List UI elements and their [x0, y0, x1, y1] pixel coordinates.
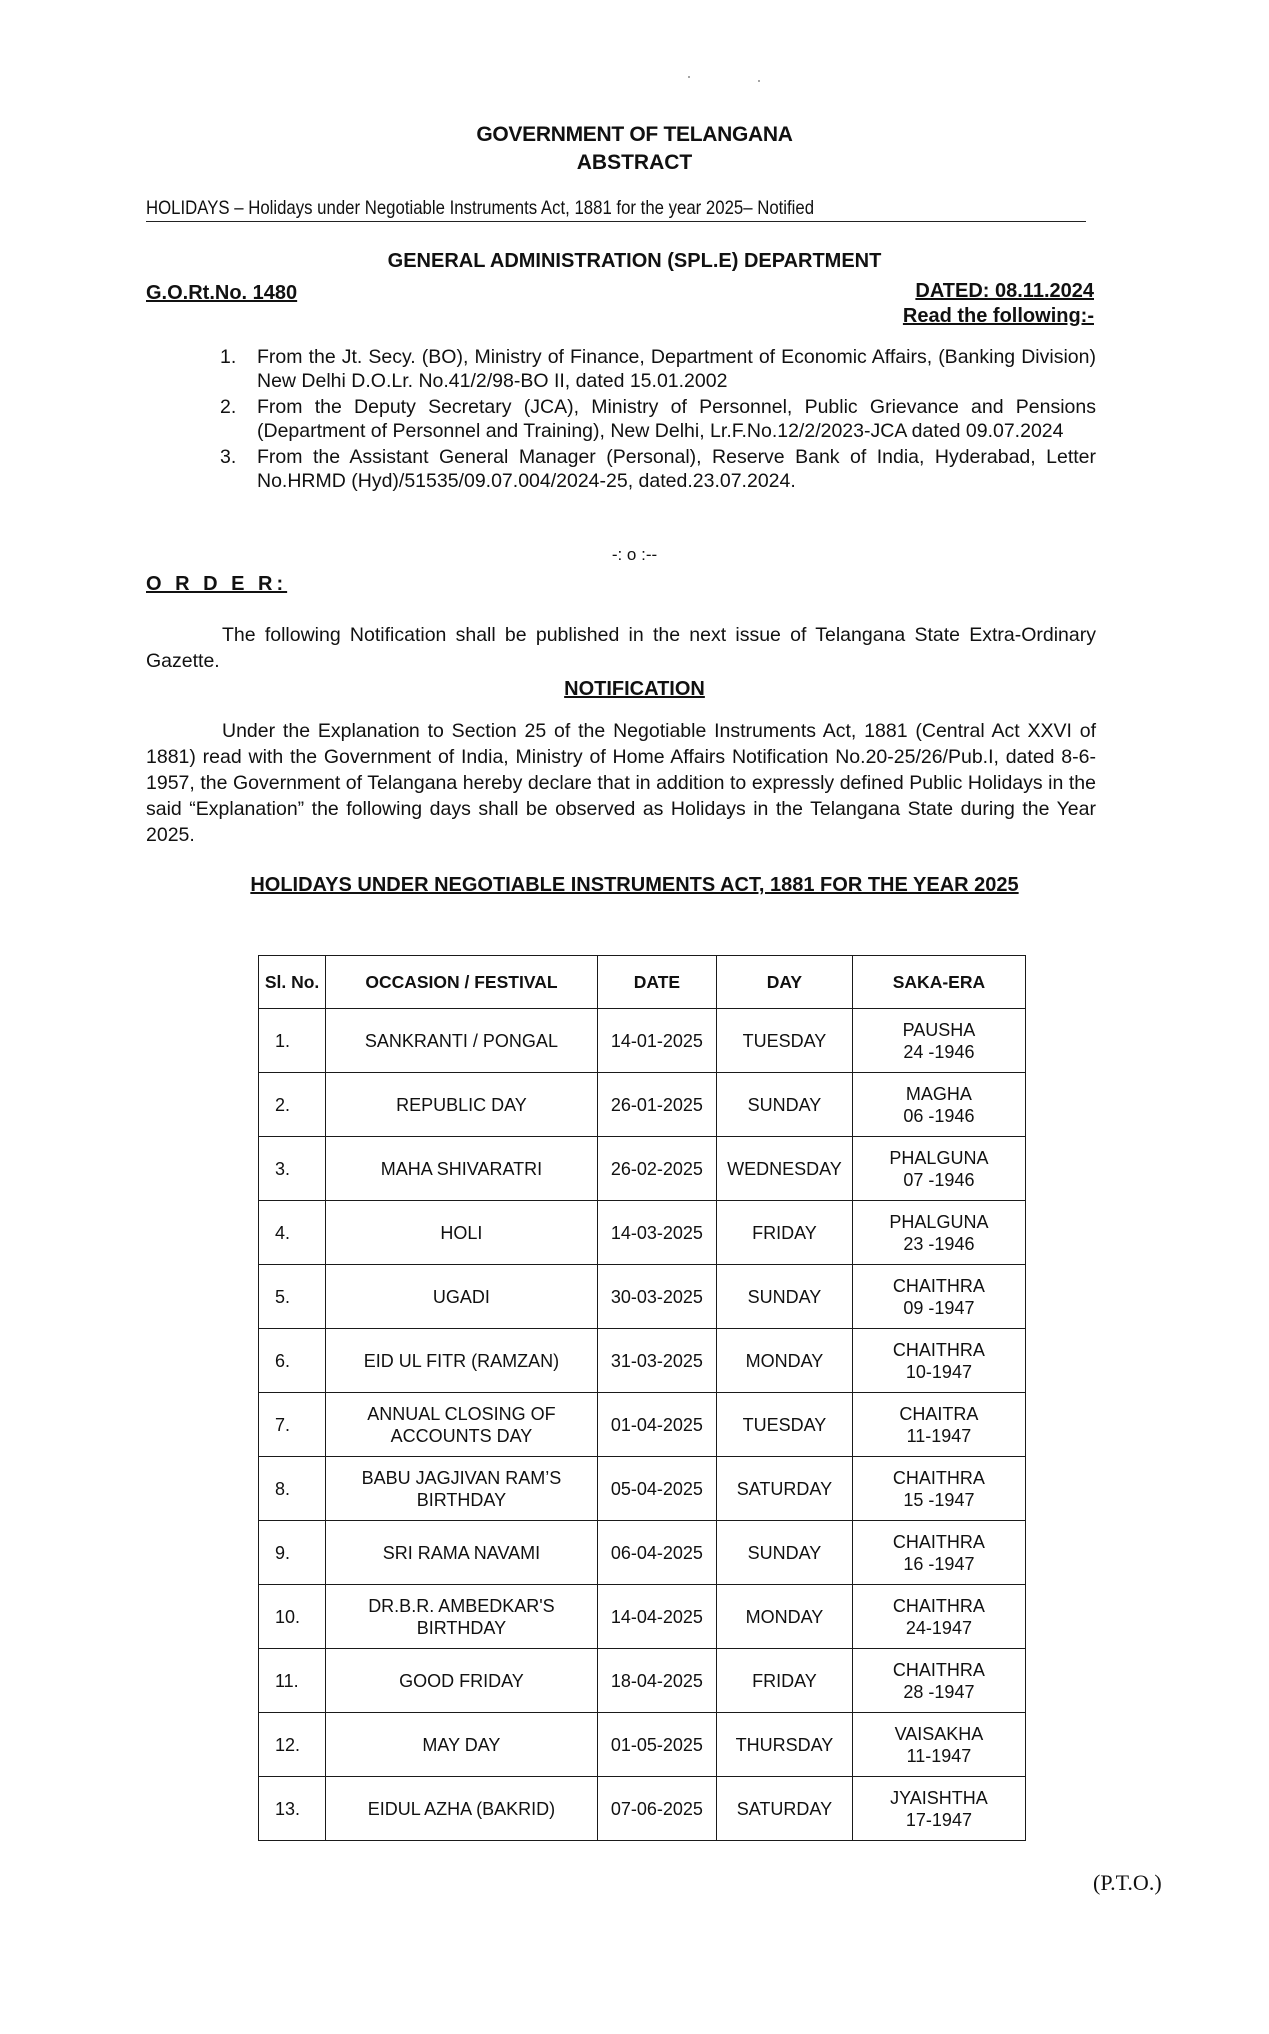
- saka-era-cell: PAUSHA24 -1946: [852, 1009, 1025, 1073]
- saka-month: PHALGUNA: [857, 1147, 1021, 1169]
- saka-era-cell: CHAITHRA28 -1947: [852, 1649, 1025, 1713]
- day-cell: SUNDAY: [716, 1265, 852, 1329]
- date-cell: 01-04-2025: [597, 1393, 716, 1457]
- reference-text: From the Deputy Secretary (JCA), Ministr…: [257, 396, 1096, 442]
- column-header-sl-no: Sl. No.: [259, 956, 326, 1009]
- sl-no-cell: 6.: [259, 1329, 326, 1393]
- saka-month: PAUSHA: [857, 1019, 1021, 1041]
- table-row: 10.DR.B.R. AMBEDKAR'S BIRTHDAY14-04-2025…: [259, 1585, 1026, 1649]
- reference-item: 3.From the Assistant General Manager (Pe…: [220, 445, 1096, 493]
- order-label: O R D E R:: [146, 573, 287, 596]
- sl-no-cell: 13.: [259, 1777, 326, 1841]
- saka-date: 15 -1947: [857, 1489, 1021, 1511]
- dated: DATED: 08.11.2024: [915, 280, 1094, 303]
- holidays-table-heading: HOLIDAYS UNDER NEGOTIABLE INSTRUMENTS AC…: [0, 874, 1269, 897]
- date-cell: 01-05-2025: [597, 1713, 716, 1777]
- saka-era-cell: PHALGUNA07 -1946: [852, 1137, 1025, 1201]
- saka-era-cell: PHALGUNA23 -1946: [852, 1201, 1025, 1265]
- date-cell: 05-04-2025: [597, 1457, 716, 1521]
- saka-date: 17-1947: [857, 1809, 1021, 1831]
- column-header-occasion: OCCASION / FESTIVAL: [326, 956, 598, 1009]
- saka-era-cell: CHAITHRA24-1947: [852, 1585, 1025, 1649]
- day-cell: MONDAY: [716, 1329, 852, 1393]
- saka-era-cell: CHAITHRA09 -1947: [852, 1265, 1025, 1329]
- references-list: 1.From the Jt. Secy. (BO), Ministry of F…: [220, 345, 1096, 495]
- subject-line: HOLIDAYS – Holidays under Negotiable Ins…: [146, 197, 1086, 222]
- reference-text: From the Assistant General Manager (Pers…: [257, 446, 1096, 492]
- saka-era-cell: CHAITHRA15 -1947: [852, 1457, 1025, 1521]
- day-cell: TUESDAY: [716, 1393, 852, 1457]
- sl-no-cell: 4.: [259, 1201, 326, 1265]
- reference-number: 1.: [220, 345, 236, 369]
- table-row: 6.EID UL FITR (RAMZAN)31-03-2025MONDAYCH…: [259, 1329, 1026, 1393]
- sl-no-cell: 7.: [259, 1393, 326, 1457]
- table-header-row: Sl. No. OCCASION / FESTIVAL DATE DAY SAK…: [259, 956, 1026, 1009]
- table-row: 8.BABU JAGJIVAN RAM’S BIRTHDAY05-04-2025…: [259, 1457, 1026, 1521]
- occasion-cell: DR.B.R. AMBEDKAR'S BIRTHDAY: [326, 1585, 598, 1649]
- saka-month: MAGHA: [857, 1083, 1021, 1105]
- table-row: 9.SRI RAMA NAVAMI06-04-2025SUNDAYCHAITHR…: [259, 1521, 1026, 1585]
- saka-date: 28 -1947: [857, 1681, 1021, 1703]
- saka-month: JYAISHTHA: [857, 1787, 1021, 1809]
- date-cell: 30-03-2025: [597, 1265, 716, 1329]
- date-cell: 26-01-2025: [597, 1073, 716, 1137]
- saka-date: 07 -1946: [857, 1169, 1021, 1191]
- day-cell: SATURDAY: [716, 1457, 852, 1521]
- saka-era-cell: VAISAKHA11-1947: [852, 1713, 1025, 1777]
- table-row: 4.HOLI14-03-2025FRIDAYPHALGUNA23 -1946: [259, 1201, 1026, 1265]
- sl-no-cell: 1.: [259, 1009, 326, 1073]
- saka-date: 11-1947: [857, 1745, 1021, 1767]
- subject-text: HOLIDAYS – Holidays under Negotiable Ins…: [146, 197, 814, 220]
- saka-month: PHALGUNA: [857, 1211, 1021, 1233]
- saka-month: CHAITHRA: [857, 1467, 1021, 1489]
- sl-no-cell: 3.: [259, 1137, 326, 1201]
- occasion-cell: GOOD FRIDAY: [326, 1649, 598, 1713]
- date-cell: 26-02-2025: [597, 1137, 716, 1201]
- saka-month: CHAITHRA: [857, 1339, 1021, 1361]
- saka-date: 16 -1947: [857, 1553, 1021, 1575]
- holidays-table: Sl. No. OCCASION / FESTIVAL DATE DAY SAK…: [258, 955, 1026, 1841]
- saka-month: CHAITRA: [857, 1403, 1021, 1425]
- please-turn-over: (P.T.O.): [1093, 1870, 1162, 1896]
- column-header-date: DATE: [597, 956, 716, 1009]
- saka-date: 24 -1946: [857, 1041, 1021, 1063]
- day-cell: THURSDAY: [716, 1713, 852, 1777]
- separator: -: o :--: [0, 545, 1269, 565]
- reference-number: 3.: [220, 445, 236, 469]
- day-cell: TUESDAY: [716, 1009, 852, 1073]
- occasion-cell: REPUBLIC DAY: [326, 1073, 598, 1137]
- occasion-cell: SANKRANTI / PONGAL: [326, 1009, 598, 1073]
- day-cell: FRIDAY: [716, 1649, 852, 1713]
- saka-era-cell: CHAITHRA10-1947: [852, 1329, 1025, 1393]
- saka-era-cell: CHAITRA11-1947: [852, 1393, 1025, 1457]
- table-row: 12.MAY DAY01-05-2025THURSDAYVAISAKHA11-1…: [259, 1713, 1026, 1777]
- saka-era-cell: CHAITHRA16 -1947: [852, 1521, 1025, 1585]
- sl-no-cell: 9.: [259, 1521, 326, 1585]
- date-cell: 06-04-2025: [597, 1521, 716, 1585]
- saka-date: 09 -1947: [857, 1297, 1021, 1319]
- sl-no-cell: 12.: [259, 1713, 326, 1777]
- table-row: 3.MAHA SHIVARATRI26-02-2025WEDNESDAYPHAL…: [259, 1137, 1026, 1201]
- occasion-cell: BABU JAGJIVAN RAM’S BIRTHDAY: [326, 1457, 598, 1521]
- day-cell: FRIDAY: [716, 1201, 852, 1265]
- occasion-cell: EID UL FITR (RAMZAN): [326, 1329, 598, 1393]
- notification-heading: NOTIFICATION: [0, 678, 1269, 701]
- reference-text: From the Jt. Secy. (BO), Ministry of Fin…: [257, 346, 1096, 392]
- table-row: 5.UGADI30-03-2025SUNDAYCHAITHRA09 -1947: [259, 1265, 1026, 1329]
- saka-date: 11-1947: [857, 1425, 1021, 1447]
- occasion-cell: ANNUAL CLOSING OF ACCOUNTS DAY: [326, 1393, 598, 1457]
- day-cell: SUNDAY: [716, 1073, 852, 1137]
- saka-month: CHAITHRA: [857, 1595, 1021, 1617]
- sl-no-cell: 5.: [259, 1265, 326, 1329]
- saka-month: CHAITHRA: [857, 1659, 1021, 1681]
- saka-month: CHAITHRA: [857, 1531, 1021, 1553]
- occasion-cell: SRI RAMA NAVAMI: [326, 1521, 598, 1585]
- sl-no-cell: 10.: [259, 1585, 326, 1649]
- notification-text: Under the Explanation to Section 25 of t…: [146, 718, 1096, 848]
- date-cell: 14-04-2025: [597, 1585, 716, 1649]
- day-cell: WEDNESDAY: [716, 1137, 852, 1201]
- go-number: G.O.Rt.No. 1480: [146, 282, 297, 305]
- date-cell: 18-04-2025: [597, 1649, 716, 1713]
- government-title: GOVERNMENT OF TELANGANA: [0, 123, 1269, 147]
- table-row: 11.GOOD FRIDAY18-04-2025FRIDAYCHAITHRA28…: [259, 1649, 1026, 1713]
- table-row: 13.EIDUL AZHA (BAKRID)07-06-2025SATURDAY…: [259, 1777, 1026, 1841]
- occasion-cell: MAY DAY: [326, 1713, 598, 1777]
- date-cell: 14-01-2025: [597, 1009, 716, 1073]
- scan-speck: [688, 76, 690, 78]
- department-title: GENERAL ADMINISTRATION (SPL.E) DEPARTMEN…: [0, 250, 1269, 273]
- saka-month: CHAITHRA: [857, 1275, 1021, 1297]
- reference-item: 1.From the Jt. Secy. (BO), Ministry of F…: [220, 345, 1096, 393]
- occasion-cell: UGADI: [326, 1265, 598, 1329]
- saka-date: 24-1947: [857, 1617, 1021, 1639]
- reference-number: 2.: [220, 395, 236, 419]
- saka-era-cell: JYAISHTHA17-1947: [852, 1777, 1025, 1841]
- order-text: The following Notification shall be publ…: [146, 622, 1096, 674]
- date-cell: 07-06-2025: [597, 1777, 716, 1841]
- table-row: 2.REPUBLIC DAY26-01-2025SUNDAYMAGHA06 -1…: [259, 1073, 1026, 1137]
- saka-date: 06 -1946: [857, 1105, 1021, 1127]
- column-header-saka-era: SAKA-ERA: [852, 956, 1025, 1009]
- saka-date: 10-1947: [857, 1361, 1021, 1383]
- table-row: 1.SANKRANTI / PONGAL14-01-2025TUESDAYPAU…: [259, 1009, 1026, 1073]
- saka-era-cell: MAGHA06 -1946: [852, 1073, 1025, 1137]
- day-cell: SUNDAY: [716, 1521, 852, 1585]
- occasion-cell: MAHA SHIVARATRI: [326, 1137, 598, 1201]
- reference-item: 2.From the Deputy Secretary (JCA), Minis…: [220, 395, 1096, 443]
- abstract-title: ABSTRACT: [0, 151, 1269, 175]
- day-cell: SATURDAY: [716, 1777, 852, 1841]
- saka-date: 23 -1946: [857, 1233, 1021, 1255]
- sl-no-cell: 11.: [259, 1649, 326, 1713]
- date-cell: 14-03-2025: [597, 1201, 716, 1265]
- column-header-day: DAY: [716, 956, 852, 1009]
- date-cell: 31-03-2025: [597, 1329, 716, 1393]
- saka-month: VAISAKHA: [857, 1723, 1021, 1745]
- sl-no-cell: 2.: [259, 1073, 326, 1137]
- occasion-cell: EIDUL AZHA (BAKRID): [326, 1777, 598, 1841]
- read-following-label: Read the following:-: [903, 305, 1094, 328]
- day-cell: MONDAY: [716, 1585, 852, 1649]
- scan-speck: [758, 80, 760, 82]
- sl-no-cell: 8.: [259, 1457, 326, 1521]
- occasion-cell: HOLI: [326, 1201, 598, 1265]
- table-row: 7.ANNUAL CLOSING OF ACCOUNTS DAY01-04-20…: [259, 1393, 1026, 1457]
